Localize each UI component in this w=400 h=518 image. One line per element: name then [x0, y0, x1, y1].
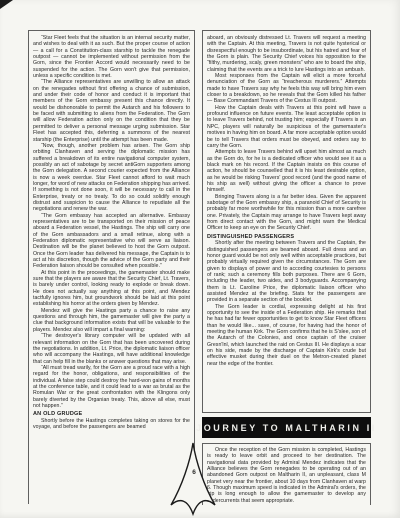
- paragraph: At this point in the proceedings, the ga…: [33, 270, 190, 308]
- right-column-upper: aboard, an obviously distressed Lt. Trav…: [202, 30, 371, 413]
- paragraph: “The Alliance representatives are unwill…: [33, 79, 190, 142]
- paragraph: “The destroyer's library computer will b…: [33, 333, 190, 365]
- paragraph: Attempts to leave Travers behind will up…: [207, 149, 366, 193]
- paragraph: How the Captain deals with Travers at th…: [207, 105, 366, 149]
- paragraph: Most responses from the Captain will eli…: [207, 73, 366, 105]
- left-column: “Star Fleet feels that the situation is …: [28, 30, 195, 504]
- scan-corner-artifact: [0, 0, 13, 9]
- paragraph: Once the reception of the Gorn mission i…: [207, 447, 366, 504]
- paragraph: Mendez will give the Hastings party a ch…: [33, 308, 190, 333]
- paragraph: Bringing Travers along is a far better i…: [207, 194, 366, 232]
- paragraph: The Gorn leader is cordial, expressing d…: [207, 304, 366, 367]
- page-number: 6: [186, 469, 202, 476]
- section-banner-journey-to-maltharin: JOURNEY TO MALTHARIN II: [202, 417, 371, 438]
- paragraph: aboard, an obviously distressed Lt. Trav…: [207, 35, 366, 73]
- banner-title: JOURNEY TO MALTHARIN II: [196, 423, 377, 433]
- paragraph: “The Gorn embassy has accepted an altern…: [33, 213, 190, 270]
- right-column-lower: Once the reception of the Gorn mission i…: [202, 443, 371, 505]
- paragraph: Shortly after the meeting between Traver…: [207, 240, 366, 303]
- paragraph: “Now, though, another problem has arisen…: [33, 143, 190, 213]
- paragraph: Shortly before the Hastings completes ta…: [33, 418, 190, 431]
- paragraph: “All must tread warily, for the Gorn are…: [33, 365, 190, 409]
- paragraph: “Star Fleet feels that the situation is …: [33, 35, 190, 79]
- starfleet-delta-icon: [170, 440, 216, 518]
- scanned-page: { "page": { "page_number": "6", "left_co…: [0, 0, 400, 518]
